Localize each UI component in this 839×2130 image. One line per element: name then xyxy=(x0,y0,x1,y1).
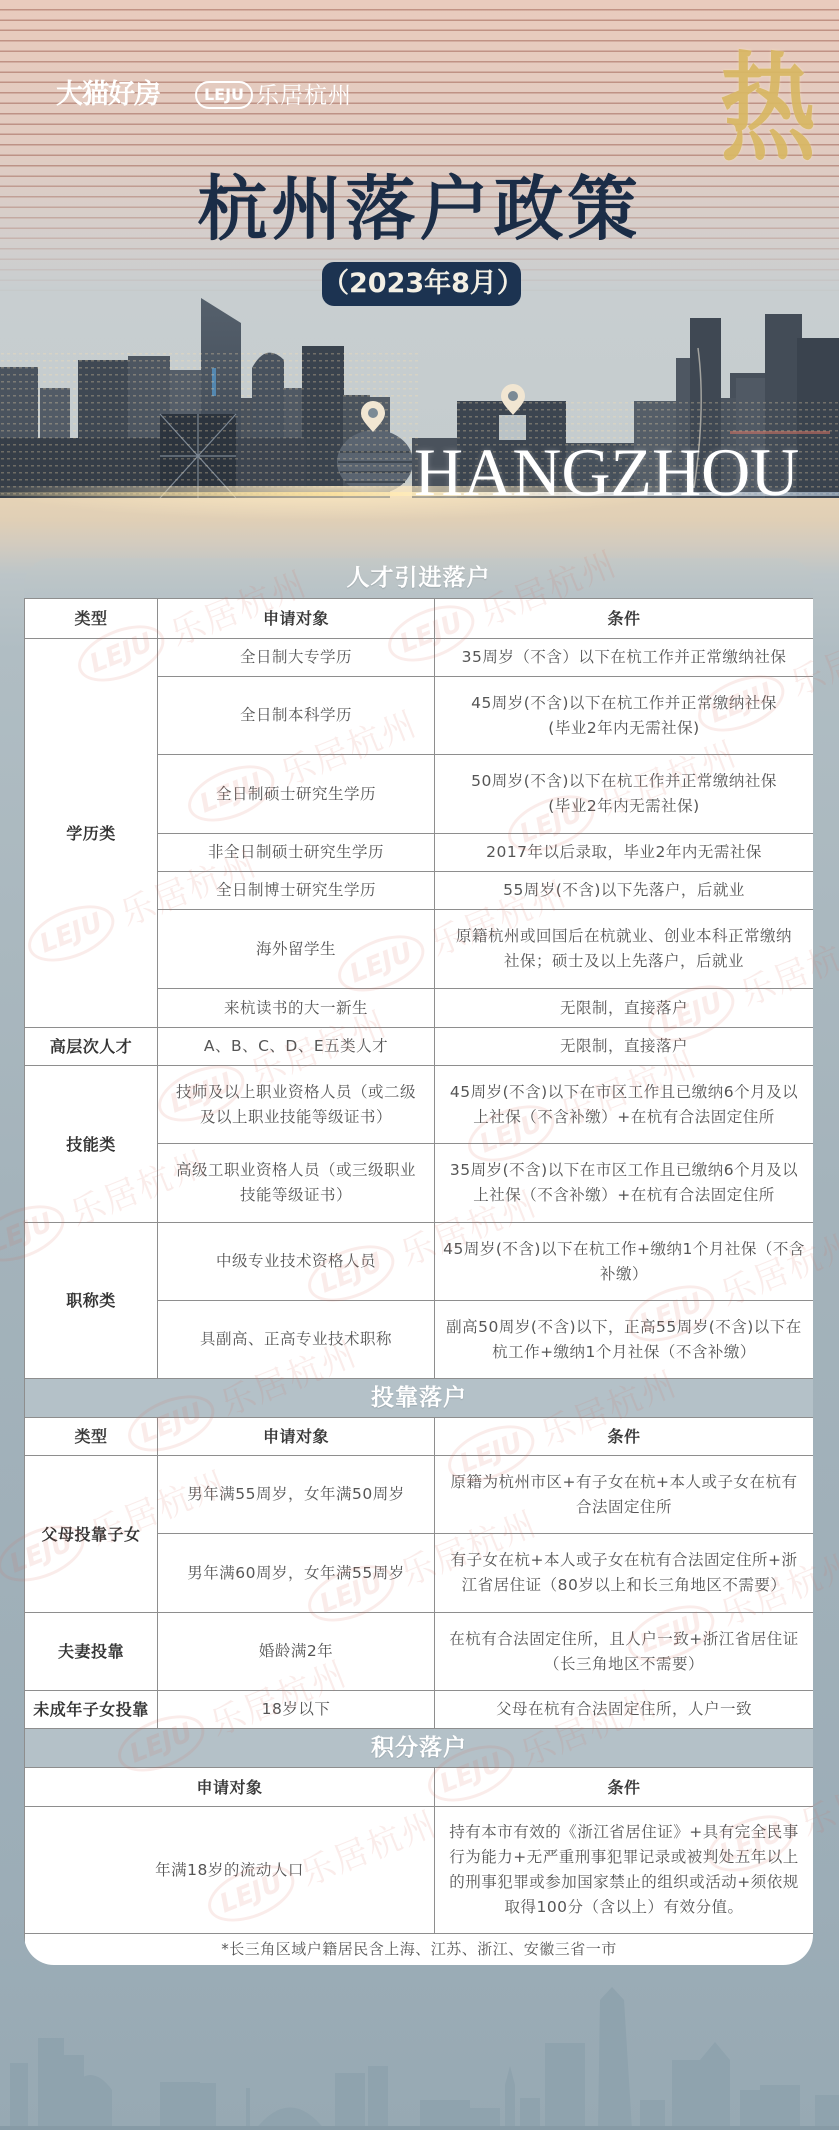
category-cell: 夫妻投靠 xyxy=(25,1613,158,1691)
table-row: 技能类 技师及以上职业资格人员（或二级 及以上职业技能等级证书） 45周岁(不含… xyxy=(25,1066,814,1144)
table-row: 高层次人才 A、B、C、D、E五类人才 无限制，直接落户 xyxy=(25,1028,814,1066)
category-cell: 学历类 xyxy=(25,639,158,1028)
bottom-skyline-silhouette xyxy=(0,1980,839,2130)
column-header-applicant: 申请对象 xyxy=(158,1418,435,1456)
brand-logo-leju-hangzhou: 乐居杭州 xyxy=(256,82,352,110)
condition-cell: 2017年以后录取，毕业2年内无需社保 xyxy=(435,834,814,872)
applicant-cell: A、B、C、D、E五类人才 xyxy=(158,1028,435,1066)
condition-cell: 45周岁(不含)以下在市区工作且已缴纳6个月及以 上社保（不含补缴）+在杭有合法… xyxy=(435,1066,814,1144)
condition-cell: 55周岁(不含)以下先落户，后就业 xyxy=(435,872,814,910)
brand-logo-damao: 大猫好房 xyxy=(56,80,160,110)
table-row: 年满18岁的流动人口 持有本市有效的《浙江省居住证》+具有完全民事 行为能力+无… xyxy=(25,1807,814,1934)
footnote: *长三角区域户籍居民含上海、江苏、浙江、安徽三省一市 xyxy=(25,1934,814,1966)
section-title-row: 投靠落户 xyxy=(25,1379,814,1418)
column-header-condition: 条件 xyxy=(435,1418,814,1456)
applicant-cell: 非全日制硕士研究生学历 xyxy=(158,834,435,872)
section-title-dependent: 投靠落户 xyxy=(25,1379,814,1418)
applicant-cell: 全日制博士研究生学历 xyxy=(158,872,435,910)
condition-cell: 副高50周岁(不含)以下，正高55周岁(不含)以下在 杭工作+缴纳1个月社保（不… xyxy=(435,1301,814,1379)
category-cell: 技能类 xyxy=(25,1066,158,1223)
applicant-cell: 男年满55周岁，女年满50周岁 xyxy=(158,1456,435,1534)
striped-background xyxy=(0,0,839,300)
applicant-cell: 男年满60周岁，女年满55周岁 xyxy=(158,1534,435,1613)
section-title-points: 积分落户 xyxy=(25,1729,814,1768)
condition-cell: 原籍为杭州市区+有子女在杭+本人或子女在杭有 合法固定住所 xyxy=(435,1456,814,1534)
condition-cell: 无限制，直接落户 xyxy=(435,989,814,1028)
condition-cell: 持有本市有效的《浙江省居住证》+具有完全民事 行为能力+无严重刑事犯罪记录或被判… xyxy=(435,1807,814,1934)
table-header-row: 申请对象 条件 xyxy=(25,1768,814,1807)
table-row: 夫妻投靠 婚龄满2年 在杭有合法固定住所，且人户一致+浙江省居住证 （长三角地区… xyxy=(25,1613,814,1691)
table-row: 职称类 中级专业技术资格人员 45周岁(不含)以下在杭工作+缴纳1个月社保（不含… xyxy=(25,1223,814,1301)
column-header-applicant: 申请对象 xyxy=(158,599,435,639)
category-cell: 父母投靠子女 xyxy=(25,1456,158,1613)
calligraphy-decoration: 热 xyxy=(720,48,816,170)
category-cell: 职称类 xyxy=(25,1223,158,1379)
policy-card: 人才引进落户 类型 申请对象 条件 学历类 全日制大专学历 35周岁（不含）以下… xyxy=(24,558,813,1965)
footnote-row: *长三角区域户籍居民含上海、江苏、浙江、安徽三省一市 xyxy=(25,1934,814,1966)
condition-cell: 在杭有合法固定住所，且人户一致+浙江省居住证 （长三角地区不需要） xyxy=(435,1613,814,1691)
applicant-cell: 婚龄满2年 xyxy=(158,1613,435,1691)
table-row: 未成年子女投靠 18岁以下 父母在杭有合法固定住所，人户一致 xyxy=(25,1691,814,1729)
condition-cell: 无限制，直接落户 xyxy=(435,1028,814,1066)
applicant-cell: 来杭读书的大一新生 xyxy=(158,989,435,1028)
table-row: 父母投靠子女 男年满55周岁，女年满50周岁 原籍为杭州市区+有子女在杭+本人或… xyxy=(25,1456,814,1534)
condition-cell: 45周岁(不含)以下在杭工作并正常缴纳社保 (毕业2年内无需社保) xyxy=(435,677,814,755)
condition-cell: 50周岁(不含)以下在杭工作并正常缴纳社保 (毕业2年内无需社保) xyxy=(435,755,814,834)
page-title: 杭州落户政策 xyxy=(0,168,839,250)
condition-cell: 35周岁(不含)以下在市区工作且已缴纳6个月及以 上社保（不含补缴）+在杭有合法… xyxy=(435,1144,814,1223)
column-header-condition: 条件 xyxy=(435,1768,814,1807)
column-header-type: 类型 xyxy=(25,599,158,639)
applicant-cell: 全日制本科学历 xyxy=(158,677,435,755)
section-title-row: 积分落户 xyxy=(25,1729,814,1768)
policy-table: 类型 申请对象 条件 学历类 全日制大专学历 35周岁（不含）以下在杭工作并正常… xyxy=(24,598,813,1965)
applicant-cell: 18岁以下 xyxy=(158,1691,435,1729)
column-header-condition: 条件 xyxy=(435,599,814,639)
applicant-cell: 全日制硕士研究生学历 xyxy=(158,755,435,834)
applicant-cell: 全日制大专学历 xyxy=(158,639,435,677)
leju-logo-icon: LEJU xyxy=(195,81,253,109)
condition-cell: 35周岁（不含）以下在杭工作并正常缴纳社保 xyxy=(435,639,814,677)
condition-cell: 原籍杭州或回国后在杭就业、创业本科正常缴纳 社保；硕士及以上先落户，后就业 xyxy=(435,910,814,989)
table-header-row: 类型 申请对象 条件 xyxy=(25,1418,814,1456)
applicant-cell: 具副高、正高专业技术职称 xyxy=(158,1301,435,1379)
section-title-talent: 人才引进落户 xyxy=(24,558,813,598)
column-header-applicant: 申请对象 xyxy=(25,1768,435,1807)
applicant-cell: 高级工职业资格人员（或三级职业 技能等级证书） xyxy=(158,1144,435,1223)
city-label-hangzhou: HANGZHOU xyxy=(414,438,799,506)
applicant-cell: 海外留学生 xyxy=(158,910,435,989)
category-cell: 高层次人才 xyxy=(25,1028,158,1066)
applicant-cell: 技师及以上职业资格人员（或二级 及以上职业技能等级证书） xyxy=(158,1066,435,1144)
table-header-row: 类型 申请对象 条件 xyxy=(25,599,814,639)
column-header-type: 类型 xyxy=(25,1418,158,1456)
condition-cell: 父母在杭有合法固定住所，人户一致 xyxy=(435,1691,814,1729)
condition-cell: 有子女在杭+本人或子女在杭有合法固定住所+浙 江省居住证（80岁以上和长三角地区… xyxy=(435,1534,814,1613)
applicant-cell: 中级专业技术资格人员 xyxy=(158,1223,435,1301)
applicant-cell: 年满18岁的流动人口 xyxy=(25,1807,435,1934)
category-cell: 未成年子女投靠 xyxy=(25,1691,158,1729)
table-row: 学历类 全日制大专学历 35周岁（不含）以下在杭工作并正常缴纳社保 xyxy=(25,639,814,677)
condition-cell: 45周岁(不含)以下在杭工作+缴纳1个月社保（不含 补缴） xyxy=(435,1223,814,1301)
